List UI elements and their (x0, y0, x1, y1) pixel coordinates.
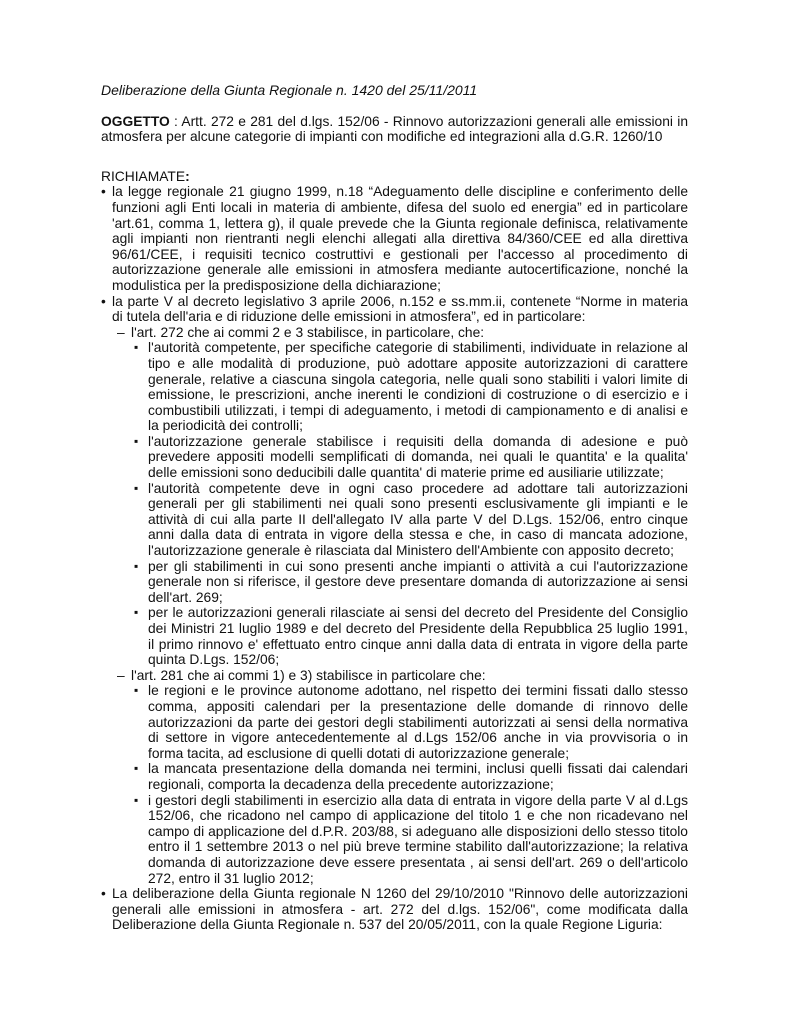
list-item-text: per gli stabilimenti in cui sono present… (148, 559, 688, 606)
list-item: • La deliberazione della Giunta regional… (101, 886, 688, 933)
list-item: ▪ l'autorità competente deve in ogni cas… (134, 481, 688, 559)
dash-icon: – (117, 325, 131, 341)
list-item: ▪ per le autorizzazioni generali rilasci… (134, 605, 688, 667)
list-item: – l'art. 272 che ai commi 2 e 3 stabilis… (117, 325, 688, 341)
list-item-text: per le autorizzazioni generali rilasciat… (148, 605, 688, 667)
square-bullet-icon: ▪ (134, 340, 148, 434)
list-item-text: la legge regionale 21 giugno 1999, n.18 … (112, 184, 688, 293)
square-bullet-icon: ▪ (134, 605, 148, 667)
square-bullet-icon: ▪ (134, 559, 148, 606)
list-item: ▪ l'autorizzazione generale stabilisce i… (134, 434, 688, 481)
bullet-icon: • (101, 886, 112, 933)
recitals-heading-colon: : (185, 169, 190, 184)
list-item: ▪ la mancata presentazione della domanda… (134, 761, 688, 792)
recitals-list: • la legge regionale 21 giugno 1999, n.1… (101, 184, 688, 933)
recitals-heading-text: RICHIAMATE (101, 169, 185, 184)
list-item: • la legge regionale 21 giugno 1999, n.1… (101, 184, 688, 293)
subject-paragraph: OGGETTO : Artt. 272 e 281 del d.lgs. 152… (101, 114, 688, 145)
recitals-heading: RICHIAMATE: (101, 169, 688, 185)
square-bullet-icon: ▪ (134, 793, 148, 887)
list-item-text: l'autorizzazione generale stabilisce i r… (148, 434, 688, 481)
subject-text: : Artt. 272 e 281 del d.lgs. 152/06 - Ri… (101, 114, 688, 145)
list-item-text: l'art. 281 che ai commi 1) e 3) stabilis… (131, 668, 688, 684)
list-item-text: i gestori degli stabilimenti in esercizi… (148, 793, 688, 887)
document-page: Deliberazione della Giunta Regionale n. … (0, 0, 791, 1024)
list-item: ▪ per gli stabilimenti in cui sono prese… (134, 559, 688, 606)
bullet-icon: • (101, 294, 112, 325)
subject-label: OGGETTO (101, 114, 170, 129)
list-item: – l'art. 281 che ai commi 1) e 3) stabil… (117, 668, 688, 684)
square-bullet-icon: ▪ (134, 481, 148, 559)
list-item: ▪ i gestori degli stabilimenti in eserci… (134, 793, 688, 887)
list-item-text: l'art. 272 che ai commi 2 e 3 stabilisce… (131, 325, 688, 341)
square-bullet-icon: ▪ (134, 683, 148, 761)
square-bullet-icon: ▪ (134, 434, 148, 481)
list-item: ▪ l'autorità competente, per specifiche … (134, 340, 688, 434)
list-item: ▪ le regioni e le province autonome adot… (134, 683, 688, 761)
list-item-text: la parte V al decreto legislativo 3 apri… (112, 294, 688, 325)
list-item-text: La deliberazione della Giunta regionale … (112, 886, 688, 933)
list-item-text: l'autorità competente, per specifiche ca… (148, 340, 688, 434)
square-bullet-icon: ▪ (134, 761, 148, 792)
list-item-text: la mancata presentazione della domanda n… (148, 761, 688, 792)
document-title: Deliberazione della Giunta Regionale n. … (101, 83, 688, 99)
bullet-icon: • (101, 184, 112, 293)
dash-icon: – (117, 668, 131, 684)
list-item: • la parte V al decreto legislativo 3 ap… (101, 294, 688, 325)
list-item-text: le regioni e le province autonome adotta… (148, 683, 688, 761)
list-item-text: l'autorità competente deve in ogni caso … (148, 481, 688, 559)
